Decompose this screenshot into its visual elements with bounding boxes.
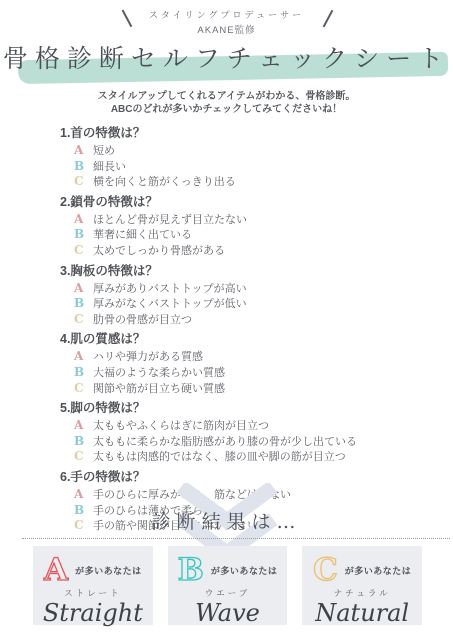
card-type-name: Straight [33,599,153,627]
option-text: 関節や筋が目立ち硬い質感 [93,382,225,397]
option-letter-b: B [74,296,93,311]
card-letter-a: A [44,555,68,585]
page-title: 骨格診断セルフチェックシート [0,39,453,75]
card-top-row: B が多いあなたは [168,555,288,585]
card-suffix: が多いあなたは [75,564,142,577]
option-text: 肋骨の骨感が目立つ [93,313,192,328]
question-title: 5.脚の特徴は？ [60,400,453,416]
result-card-natural: C が多いあなたは ナチュラル Natural [302,546,422,625]
supervisor-name: AKANE監修 [0,22,453,36]
option-text: ハリや弾力がある質感 [93,350,203,365]
option-row: C 関節や筋が目立ち硬い質感 [60,381,453,397]
checksheet-page: スタイリングプロデューサー AKANE監修 骨格診断セルフチェックシート スタイ… [0,0,453,640]
question-1: 1.首の特徴は？ A 短め B 細長い C 横を向くと筋がくっきり出る [60,125,453,190]
question-title: 2.鎖骨の特徴は？ [60,194,453,210]
option-letter-a: A [74,212,93,227]
header: スタイリングプロデューサー AKANE監修 骨格診断セルフチェックシート スタイ… [0,0,453,116]
question-title: 1.首の特徴は？ [60,125,453,141]
option-row: B 厚みがなくバストトップが低い [60,296,453,312]
option-row: C 太めでしっかり骨感がある [60,243,453,259]
option-row: B 太ももに柔らかな脂肪感があり膝の骨が少し出ている [60,434,453,450]
option-letter-c: C [74,243,93,258]
option-text: 細長い [93,160,126,175]
option-text: 短め [93,144,115,159]
option-row: A 厚みがありバストトップが高い [60,281,453,297]
result-cards: A が多いあなたは ストレート Straight B が多いあなたは ウエーブ … [33,546,422,625]
option-text: 大福のような柔らかい質感 [93,366,225,381]
subtitle-line-2: ABCのどれが多いかチェックしてみてくださいね！ [0,103,453,116]
question-title: 4.肌の質感は？ [60,331,453,347]
question-3: 3.胸板の特徴は？ A 厚みがありバストトップが高い B 厚みがなくバストトップ… [60,263,453,328]
option-text: 太めでしっかり骨感がある [93,244,225,259]
question-list: 1.首の特徴は？ A 短め B 細長い C 横を向くと筋がくっきり出る 2.鎖骨… [0,125,453,534]
card-suffix: が多いあなたは [345,564,412,577]
card-type-name: Wave [168,599,288,627]
option-row: B 細長い [60,159,453,175]
option-text: 太ももやふくらはぎに筋肉が目立つ [93,419,269,434]
card-kana: ナチュラル [302,587,422,599]
option-row: A 太ももやふくらはぎに筋肉が目立つ [60,418,453,434]
result-card-wave: B が多いあなたは ウエーブ Wave [168,546,288,625]
card-top-row: C が多いあなたは [302,555,422,585]
option-text: 厚みがありバストトップが高い [93,282,247,297]
card-top-row: A が多いあなたは [33,555,153,585]
option-letter-b: B [74,365,93,380]
option-letter-a: A [74,487,93,502]
card-letter-c: C [313,555,338,585]
option-letter-a: A [74,349,93,364]
option-row: A 短め [60,143,453,159]
title-block: 骨格診断セルフチェックシート [0,39,453,83]
option-text: 太ももは肉感的ではなく、膝の皿や脚の筋が目立つ [93,450,346,465]
card-type-name: Natural [302,599,422,627]
option-letter-a: A [74,281,93,296]
option-text: 太ももに柔らかな脂肪感があり膝の骨が少し出ている [93,435,357,450]
option-text: 横を向くと筋がくっきり出る [93,175,236,190]
question-5: 5.脚の特徴は？ A 太ももやふくらはぎに筋肉が目立つ B 太ももに柔らかな脂肪… [60,400,453,465]
card-letter-b: B [178,555,204,585]
option-row: C 太ももは肉感的ではなく、膝の皿や脚の筋が目立つ [60,449,453,465]
option-letter-a: A [74,418,93,433]
option-text: 華奢に細く出ている [93,228,192,243]
result-card-straight: A が多いあなたは ストレート Straight [33,546,153,625]
option-row: C 横を向くと筋がくっきり出る [60,174,453,190]
option-row: B 大福のような柔らかい質感 [60,365,453,381]
option-letter-c: C [74,312,93,327]
option-letter-b: B [74,227,93,242]
card-suffix: が多いあなたは [211,564,278,577]
option-letter-a: A [74,143,93,158]
option-letter-c: C [74,381,93,396]
question-4: 4.肌の質感は？ A ハリや弾力がある質感 B 大福のような柔らかい質感 C 関… [60,331,453,396]
card-kana: ウエーブ [168,587,288,599]
option-text: ほとんど骨が見えず目立たない [93,213,247,228]
subtitle: スタイルアップしてくれるアイテムがわかる、骨格診断。 ABCのどれが多いかチェッ… [0,90,453,116]
supervisor-role: スタイリングプロデューサー [0,8,453,21]
result-heading: 診断結果は… [0,507,453,534]
card-kana: ストレート [33,587,153,599]
dotted-divider [22,538,450,539]
option-letter-c: C [74,174,93,189]
option-text: 厚みがなくバストトップが低い [93,297,247,312]
option-row: A ハリや弾力がある質感 [60,349,453,365]
option-row: C 肋骨の骨感が目立つ [60,312,453,328]
option-letter-c: C [74,449,93,464]
option-row: B 華奢に細く出ている [60,227,453,243]
subtitle-line-1: スタイルアップしてくれるアイテムがわかる、骨格診断。 [0,90,453,103]
option-letter-b: B [74,434,93,449]
option-row: A ほとんど骨が見えず目立たない [60,212,453,228]
question-2: 2.鎖骨の特徴は？ A ほとんど骨が見えず目立たない B 華奢に細く出ている C… [60,194,453,259]
question-title: 3.胸板の特徴は？ [60,263,453,279]
option-letter-b: B [74,159,93,174]
